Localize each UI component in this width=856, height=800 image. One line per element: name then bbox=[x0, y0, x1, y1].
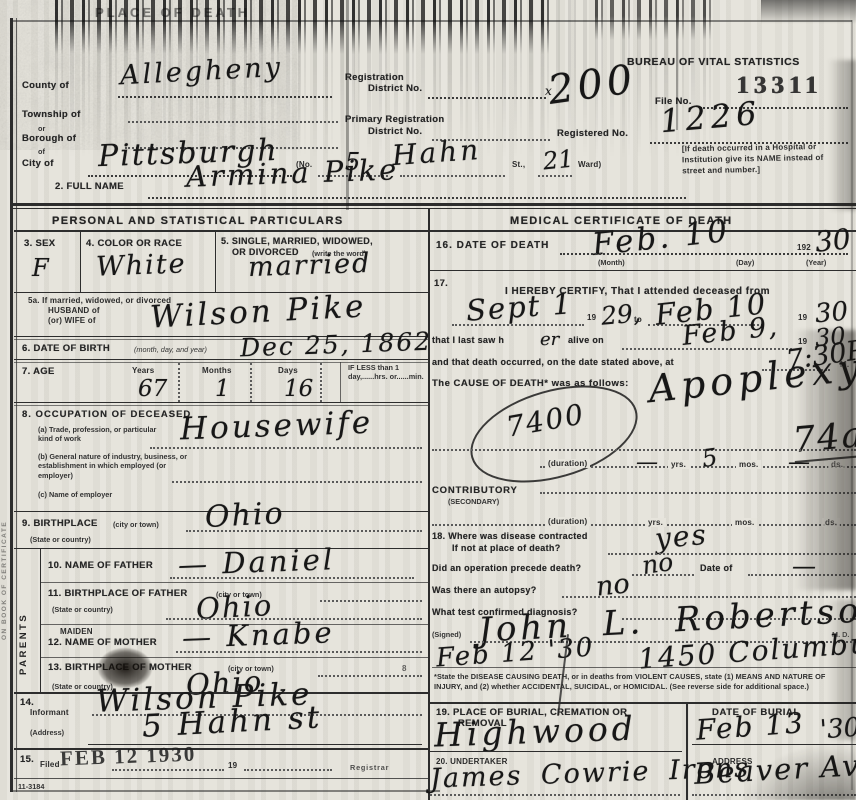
year-label: (Year) bbox=[806, 258, 826, 267]
frame-left-outer bbox=[10, 18, 13, 792]
q18-label2: If not at place of death? bbox=[452, 543, 561, 553]
duration-mos-value: 5 bbox=[700, 443, 719, 473]
to-label: to bbox=[634, 315, 642, 324]
scan-streak-line bbox=[676, 0, 678, 130]
or-label: or bbox=[38, 124, 45, 133]
city-label: City of bbox=[22, 158, 54, 169]
rule-major bbox=[12, 203, 856, 206]
cell-divider bbox=[40, 548, 41, 692]
rule-major bbox=[430, 702, 856, 704]
mother-name-value: — Knabe bbox=[181, 615, 335, 654]
dob-label: 6. DATE OF BIRTH bbox=[22, 343, 110, 354]
informant-num: 14. bbox=[20, 697, 34, 708]
section-title-personal: PERSONAL AND STATISTICAL PARTICULARS bbox=[52, 215, 344, 227]
attended-from-value: Sept 1 bbox=[465, 286, 574, 327]
rule bbox=[112, 769, 224, 771]
death-certificate-scan: ON BOOK OF CERTIFICATE PLACE OF DEATH Co… bbox=[0, 0, 856, 800]
occupation-b-label: (b) General nature of industry, business… bbox=[38, 452, 190, 480]
age-less-note: IF LESS than 1 day,......hrs. or......mi… bbox=[348, 363, 424, 382]
last-saw-her: er bbox=[540, 329, 559, 350]
rule bbox=[176, 651, 422, 653]
occupation-c-label: (c) Name of employer bbox=[38, 490, 112, 499]
scan-streak-line bbox=[346, 0, 349, 210]
age-years-label: Years bbox=[132, 366, 154, 375]
rule bbox=[320, 600, 422, 602]
form-number: 11-3184 bbox=[18, 782, 44, 791]
frame-bottom-left bbox=[10, 790, 440, 792]
spouse-label2: HUSBAND of bbox=[48, 306, 100, 315]
race-label: 4. COLOR OR RACE bbox=[86, 238, 182, 249]
cell-divider bbox=[215, 231, 216, 292]
date-of-death-label: 16. DATE OF DEATH bbox=[436, 240, 549, 251]
dob-sub-label: (month, day, and year) bbox=[134, 345, 207, 354]
rule bbox=[430, 794, 680, 796]
rule bbox=[560, 253, 848, 255]
scan-smudge-right bbox=[794, 330, 856, 590]
rule bbox=[14, 230, 428, 232]
burial-place-value: Highwood bbox=[433, 708, 637, 754]
rule bbox=[632, 574, 694, 576]
print-19b: 19 bbox=[798, 313, 807, 322]
signed-label: (Signed) bbox=[432, 630, 461, 639]
mother-name-label: 12. NAME OF MOTHER bbox=[48, 637, 157, 648]
filed-label: Filed bbox=[40, 760, 60, 769]
cell-divider bbox=[320, 363, 322, 402]
scan-streaks-faint bbox=[55, 0, 715, 160]
margin-vertical-text: ON BOOK OF CERTIFICATE bbox=[1, 521, 8, 640]
father-birthplace-label: 11. BIRTHPLACE OF FATHER bbox=[48, 588, 188, 599]
filed-date-stamp: FEB 12 1930 bbox=[60, 742, 197, 772]
occupation-a-value: Housewife bbox=[179, 405, 373, 448]
marital-label1: 5. SINGLE, MARRIED, WIDOWED, bbox=[221, 236, 373, 246]
last-saw-label2: alive on bbox=[568, 335, 604, 345]
informant-label: Informant bbox=[30, 708, 69, 717]
age-months-value: 1 bbox=[215, 376, 230, 402]
rule bbox=[14, 292, 428, 293]
contributory-sub-label: (SECONDARY) bbox=[448, 497, 499, 506]
rule bbox=[14, 359, 428, 360]
sex-label: 3. SEX bbox=[24, 238, 55, 249]
rule bbox=[452, 324, 584, 326]
rule bbox=[14, 402, 428, 403]
duration-label: (duration) bbox=[545, 459, 590, 468]
rule bbox=[430, 751, 682, 752]
age-days-label: Days bbox=[278, 366, 298, 375]
yrs-label: yrs. bbox=[668, 460, 689, 469]
rule bbox=[432, 667, 856, 668]
dob-value: Dec 25, 1862 bbox=[240, 327, 433, 363]
cell-divider bbox=[178, 363, 180, 402]
parents-vertical-label: PARENTS bbox=[18, 565, 29, 675]
date-of-death-year-value: 30 bbox=[813, 222, 852, 259]
stray-mark: 8 bbox=[402, 664, 407, 673]
operation-label: Did an operation precede death? bbox=[432, 563, 581, 573]
informant-address-label: (Address) bbox=[30, 728, 64, 737]
father-birthplace-sub2-label: (State or country) bbox=[52, 605, 113, 614]
last-saw-label1: that I last saw h bbox=[432, 335, 504, 345]
rule bbox=[538, 175, 572, 177]
scan-smudge-top-right bbox=[761, 0, 856, 24]
father-name-value: — Daniel bbox=[177, 542, 335, 581]
age-days-value: 16 bbox=[284, 376, 313, 402]
occupation-label: 8. OCCUPATION OF DECEASED bbox=[22, 409, 191, 420]
month-label: (Month) bbox=[598, 258, 625, 267]
race-value: White bbox=[95, 248, 187, 282]
rule bbox=[170, 577, 414, 579]
print-19a: 19 bbox=[587, 313, 596, 322]
duration2-label: (duration) bbox=[545, 517, 590, 526]
rule bbox=[148, 197, 686, 199]
rule bbox=[432, 524, 856, 526]
rule-major bbox=[12, 208, 856, 209]
marital-value: married bbox=[247, 248, 371, 283]
cell-divider bbox=[80, 231, 81, 292]
contributory-label: CONTRIBUTORY bbox=[432, 485, 518, 496]
death-occurred-label: and that death occurred, on the date sta… bbox=[432, 357, 674, 367]
day-label: (Day) bbox=[736, 258, 754, 267]
filed-num: 15. bbox=[20, 754, 34, 765]
registrar-label: Registrar bbox=[350, 763, 389, 772]
duration-yrs-value: — bbox=[636, 450, 658, 475]
spouse-value: Wilson Pike bbox=[149, 288, 367, 335]
mos2-label: mos. bbox=[732, 518, 757, 527]
rule bbox=[244, 769, 332, 771]
birthplace-label: 9. BIRTHPLACE bbox=[22, 518, 98, 529]
father-name-label: 10. NAME OF FATHER bbox=[48, 560, 153, 571]
birthplace-sub2-label: (State or country) bbox=[30, 535, 91, 544]
occupation-a-label: (a) Trade, profession, or particular kin… bbox=[38, 425, 166, 444]
maiden-label: MAIDEN bbox=[60, 627, 93, 636]
autopsy-label: Was there an autopsy? bbox=[432, 585, 537, 595]
rule bbox=[400, 175, 505, 177]
or-label2: of bbox=[38, 147, 45, 156]
rule bbox=[186, 530, 422, 532]
certify-num: 17. bbox=[434, 278, 448, 289]
operation-date-label: Date of bbox=[700, 563, 733, 573]
birthplace-sub-label: (city or town) bbox=[113, 520, 159, 529]
year-print: 192 bbox=[797, 243, 811, 252]
filed-year-print: 19 bbox=[228, 761, 237, 770]
rule bbox=[40, 582, 428, 583]
rule bbox=[40, 657, 428, 658]
street-suffix-label: St., bbox=[512, 160, 525, 169]
cause-footnote: *State the DISEASE CAUSING DEATH, or in … bbox=[434, 672, 852, 692]
rule bbox=[172, 481, 422, 483]
cell-divider bbox=[340, 362, 341, 402]
age-years-value: 67 bbox=[138, 376, 167, 402]
age-months-label: Months bbox=[202, 366, 232, 375]
rule bbox=[430, 270, 856, 271]
sex-value: F bbox=[32, 254, 49, 282]
full-name-label: 2. FULL NAME bbox=[55, 181, 124, 192]
cell-divider bbox=[250, 363, 252, 402]
mos-label: mos. bbox=[736, 460, 761, 469]
scan-smudge-right bbox=[828, 60, 856, 210]
scan-smudge-right bbox=[826, 600, 856, 740]
rule bbox=[150, 447, 422, 449]
rule bbox=[318, 675, 422, 677]
spouse-label3: (or) WIFE of bbox=[48, 316, 96, 325]
q18-label1: 18. Where was disease contracted bbox=[432, 531, 588, 541]
rule bbox=[14, 778, 428, 779]
age-label: 7. AGE bbox=[22, 366, 55, 377]
scan-smudge-bottom-right bbox=[726, 733, 856, 800]
ward-label: Ward) bbox=[578, 160, 601, 169]
column-divider bbox=[428, 209, 430, 800]
